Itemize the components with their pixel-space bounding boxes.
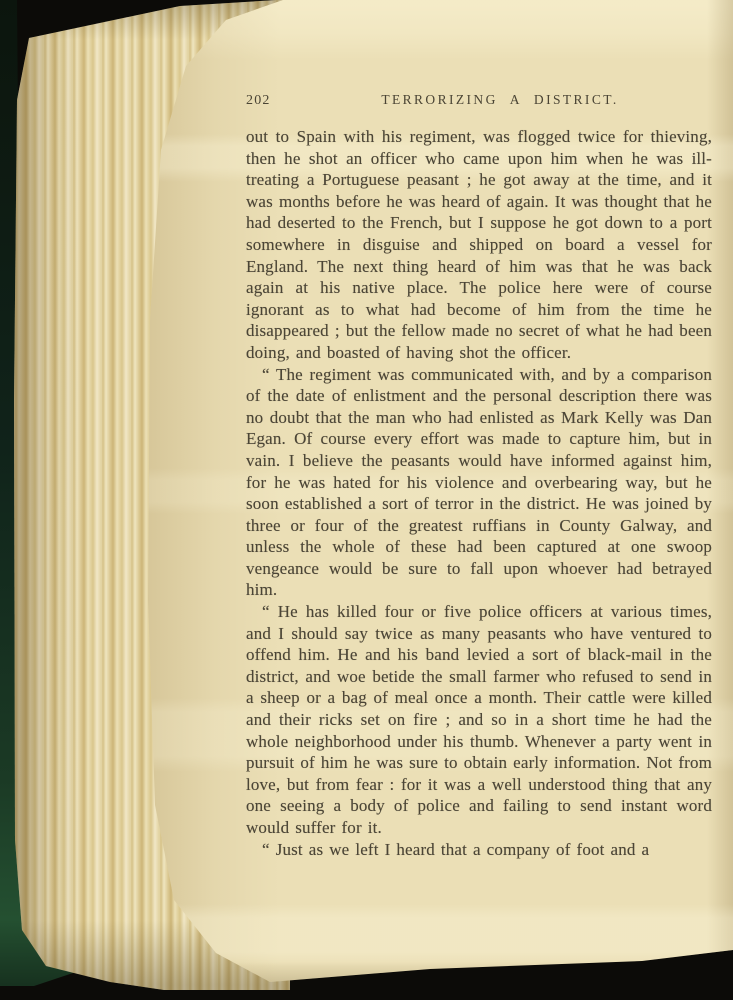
paragraph: “ Just as we left I heard that a company… xyxy=(246,839,712,861)
body-text: out to Spain with his regiment, was flog… xyxy=(246,126,712,860)
paragraph: “ He has killed four or five police offi… xyxy=(246,601,712,839)
paragraph: “ The regiment was communicated with, an… xyxy=(246,364,712,602)
page-number: 202 xyxy=(246,93,318,109)
text-column: 202 TERRORIZING A DISTRICT. out to Spain… xyxy=(246,92,712,860)
running-title: TERRORIZING A DISTRICT. xyxy=(318,92,682,108)
book-photo: 202 TERRORIZING A DISTRICT. out to Spain… xyxy=(0,0,733,1000)
paragraph: out to Spain with his regiment, was flog… xyxy=(246,126,712,364)
page-header: 202 TERRORIZING A DISTRICT. xyxy=(246,92,712,109)
